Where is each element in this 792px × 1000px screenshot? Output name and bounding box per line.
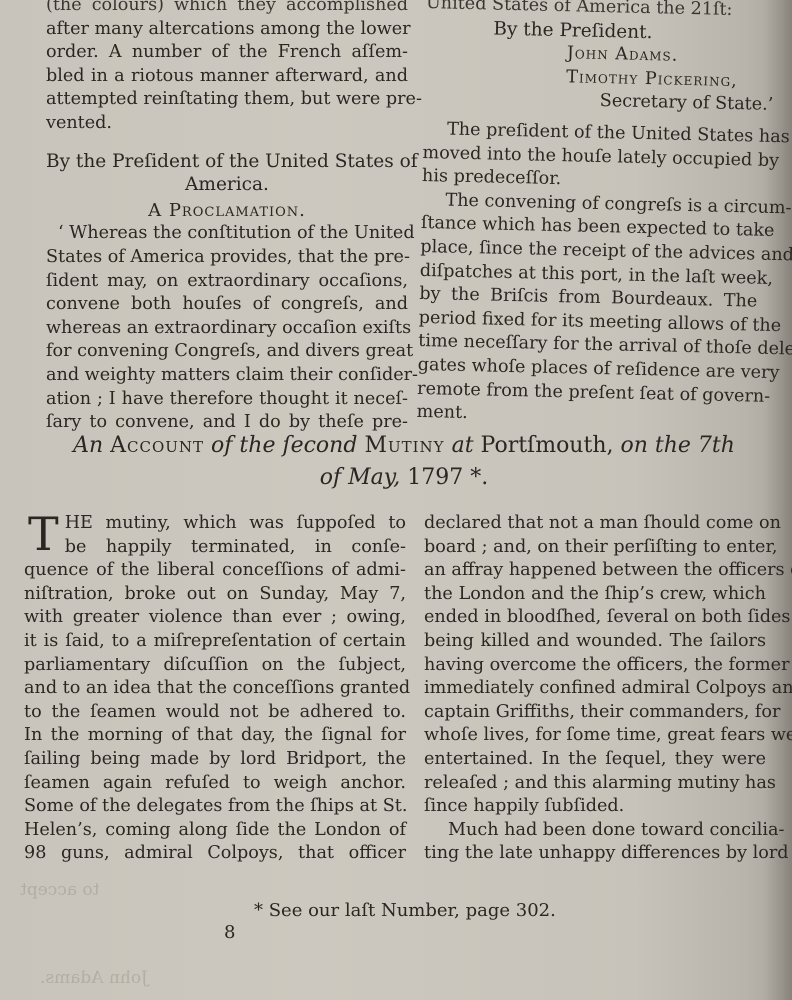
text-line: ended in bloodſhed, ſeveral on both ſide… — [424, 606, 766, 630]
left-column: (the colours) which they accomplished af… — [46, 8, 408, 435]
text-line: ‘ Whereas the conſtitution of the United — [46, 222, 408, 246]
text-line: the London and the ſhip’s crew, which — [424, 583, 766, 607]
text-line: States of America provides, that the pre… — [46, 246, 408, 270]
text-line: In the morning of that day, the ſignal f… — [24, 724, 406, 748]
text-line: attempted reinſtating them, but were pre… — [46, 88, 408, 112]
text-line: Helen’s, coming along ſide the London of — [24, 819, 406, 843]
title-part: Account — [110, 433, 204, 458]
page-number: 8 — [224, 922, 235, 943]
text-line: and weighty matters claim their conſider… — [46, 364, 408, 388]
text-line: it is ſaid, to a miſrepreſentation of ce… — [24, 630, 406, 654]
text-line: ting the late unhappy differences by lor… — [424, 842, 766, 866]
title-part: at — [452, 433, 474, 458]
bleed-through-text: to accept — [20, 880, 99, 900]
footnote: * See our laſt Number, page 302. — [254, 900, 556, 921]
text-line: declared that not a man ſhould come on — [424, 512, 766, 536]
text-line: be happily terminated, in conſe- — [24, 536, 406, 560]
text-line: an affray happened between the officers … — [424, 559, 766, 583]
title-part: of the ſecond — [211, 433, 357, 458]
text-line: ation ; I have therefore thought it nece… — [46, 388, 408, 412]
text-line: convene both houſes of congreſs, and — [46, 293, 408, 317]
text-line: to the ſeamen would not be adhered to. — [24, 701, 406, 725]
text-line: immediately confined admiral Colpoys and — [424, 677, 766, 701]
text-line: ſeamen again refuſed to weigh anchor. — [24, 772, 406, 796]
bleed-through-text: John Adams. — [40, 968, 148, 988]
drop-cap: T — [28, 514, 59, 554]
text-line: whereas an extraordinary occaſion exiſts — [46, 317, 408, 341]
text-line: board ; and, on their perſiſting to ente… — [424, 536, 766, 560]
text-line: and to an idea that the conceſſions gran… — [24, 677, 406, 701]
text-line: being killed and wounded. The ſailors — [424, 630, 766, 654]
text-line: 98 guns, admiral Colpoys, that officer — [24, 842, 406, 866]
text-line: after many altercations among the lower — [46, 18, 408, 42]
text-line: order. A number of the French aſſem- — [46, 41, 408, 65]
text-line: entertained. In the ſequel, they were — [424, 748, 766, 772]
text-line: captain Griffiths, their commanders, for — [424, 701, 766, 725]
partial-line: (the colours) which they accomplished — [46, 0, 408, 18]
right-column: United States of America the 21ſt: By th… — [416, 0, 764, 432]
text-line: Much had been done toward concilia- — [424, 819, 766, 843]
title-part: An — [73, 433, 103, 458]
title-part: of May, — [320, 465, 401, 490]
text-line: vented. — [46, 112, 408, 136]
text-line: quence of the liberal conceſſions of adm… — [24, 559, 406, 583]
title-part: 1797 *. — [407, 465, 488, 490]
text-line: ſince happily ſubſided. — [424, 795, 766, 819]
text-line: ſident may, on extraordinary occaſions, — [46, 270, 408, 294]
text-line: bled in a riotous manner afterward, and — [46, 65, 408, 89]
text-line: ſailing being made by lord Bridport, the — [24, 748, 406, 772]
text-line: for convening Congreſs, and divers great — [46, 340, 408, 364]
text-line: releaſed ; and this alarming mutiny has — [424, 772, 766, 796]
proclamation-title: A Proclamation. — [46, 199, 408, 223]
proclamation-heading: By the Preſident of the United States of — [46, 150, 408, 174]
title-part: Portſmouth, — [481, 433, 614, 458]
book-page: John Adams. to accept (the colours) whic… — [0, 0, 792, 1000]
text-line: niſtration, broke out on Sunday, May 7, — [24, 583, 406, 607]
article-left-column: T HE mutiny, which was ſuppoſed to be ha… — [24, 512, 406, 866]
title-part: Mutiny — [364, 433, 444, 458]
text-line: having overcome the officers, the former — [424, 654, 766, 678]
article-title: An Account of the ſecond Mutiny at Portſ… — [44, 430, 764, 494]
title-part: on the 7th — [620, 433, 734, 458]
text-line: HE mutiny, which was ſuppoſed to — [24, 512, 406, 536]
proclamation-heading: America. — [46, 173, 408, 197]
article-right-column: declared that not a man ſhould come on b… — [424, 512, 766, 866]
text-line: parliamentary diſcuſſion on the ſubject, — [24, 654, 406, 678]
text-line: Some of the delegates from the ſhips at … — [24, 795, 406, 819]
text-line: whoſe lives, for ſome time, great fears … — [424, 724, 766, 748]
text-line: with greater violence than ever ; owing, — [24, 606, 406, 630]
